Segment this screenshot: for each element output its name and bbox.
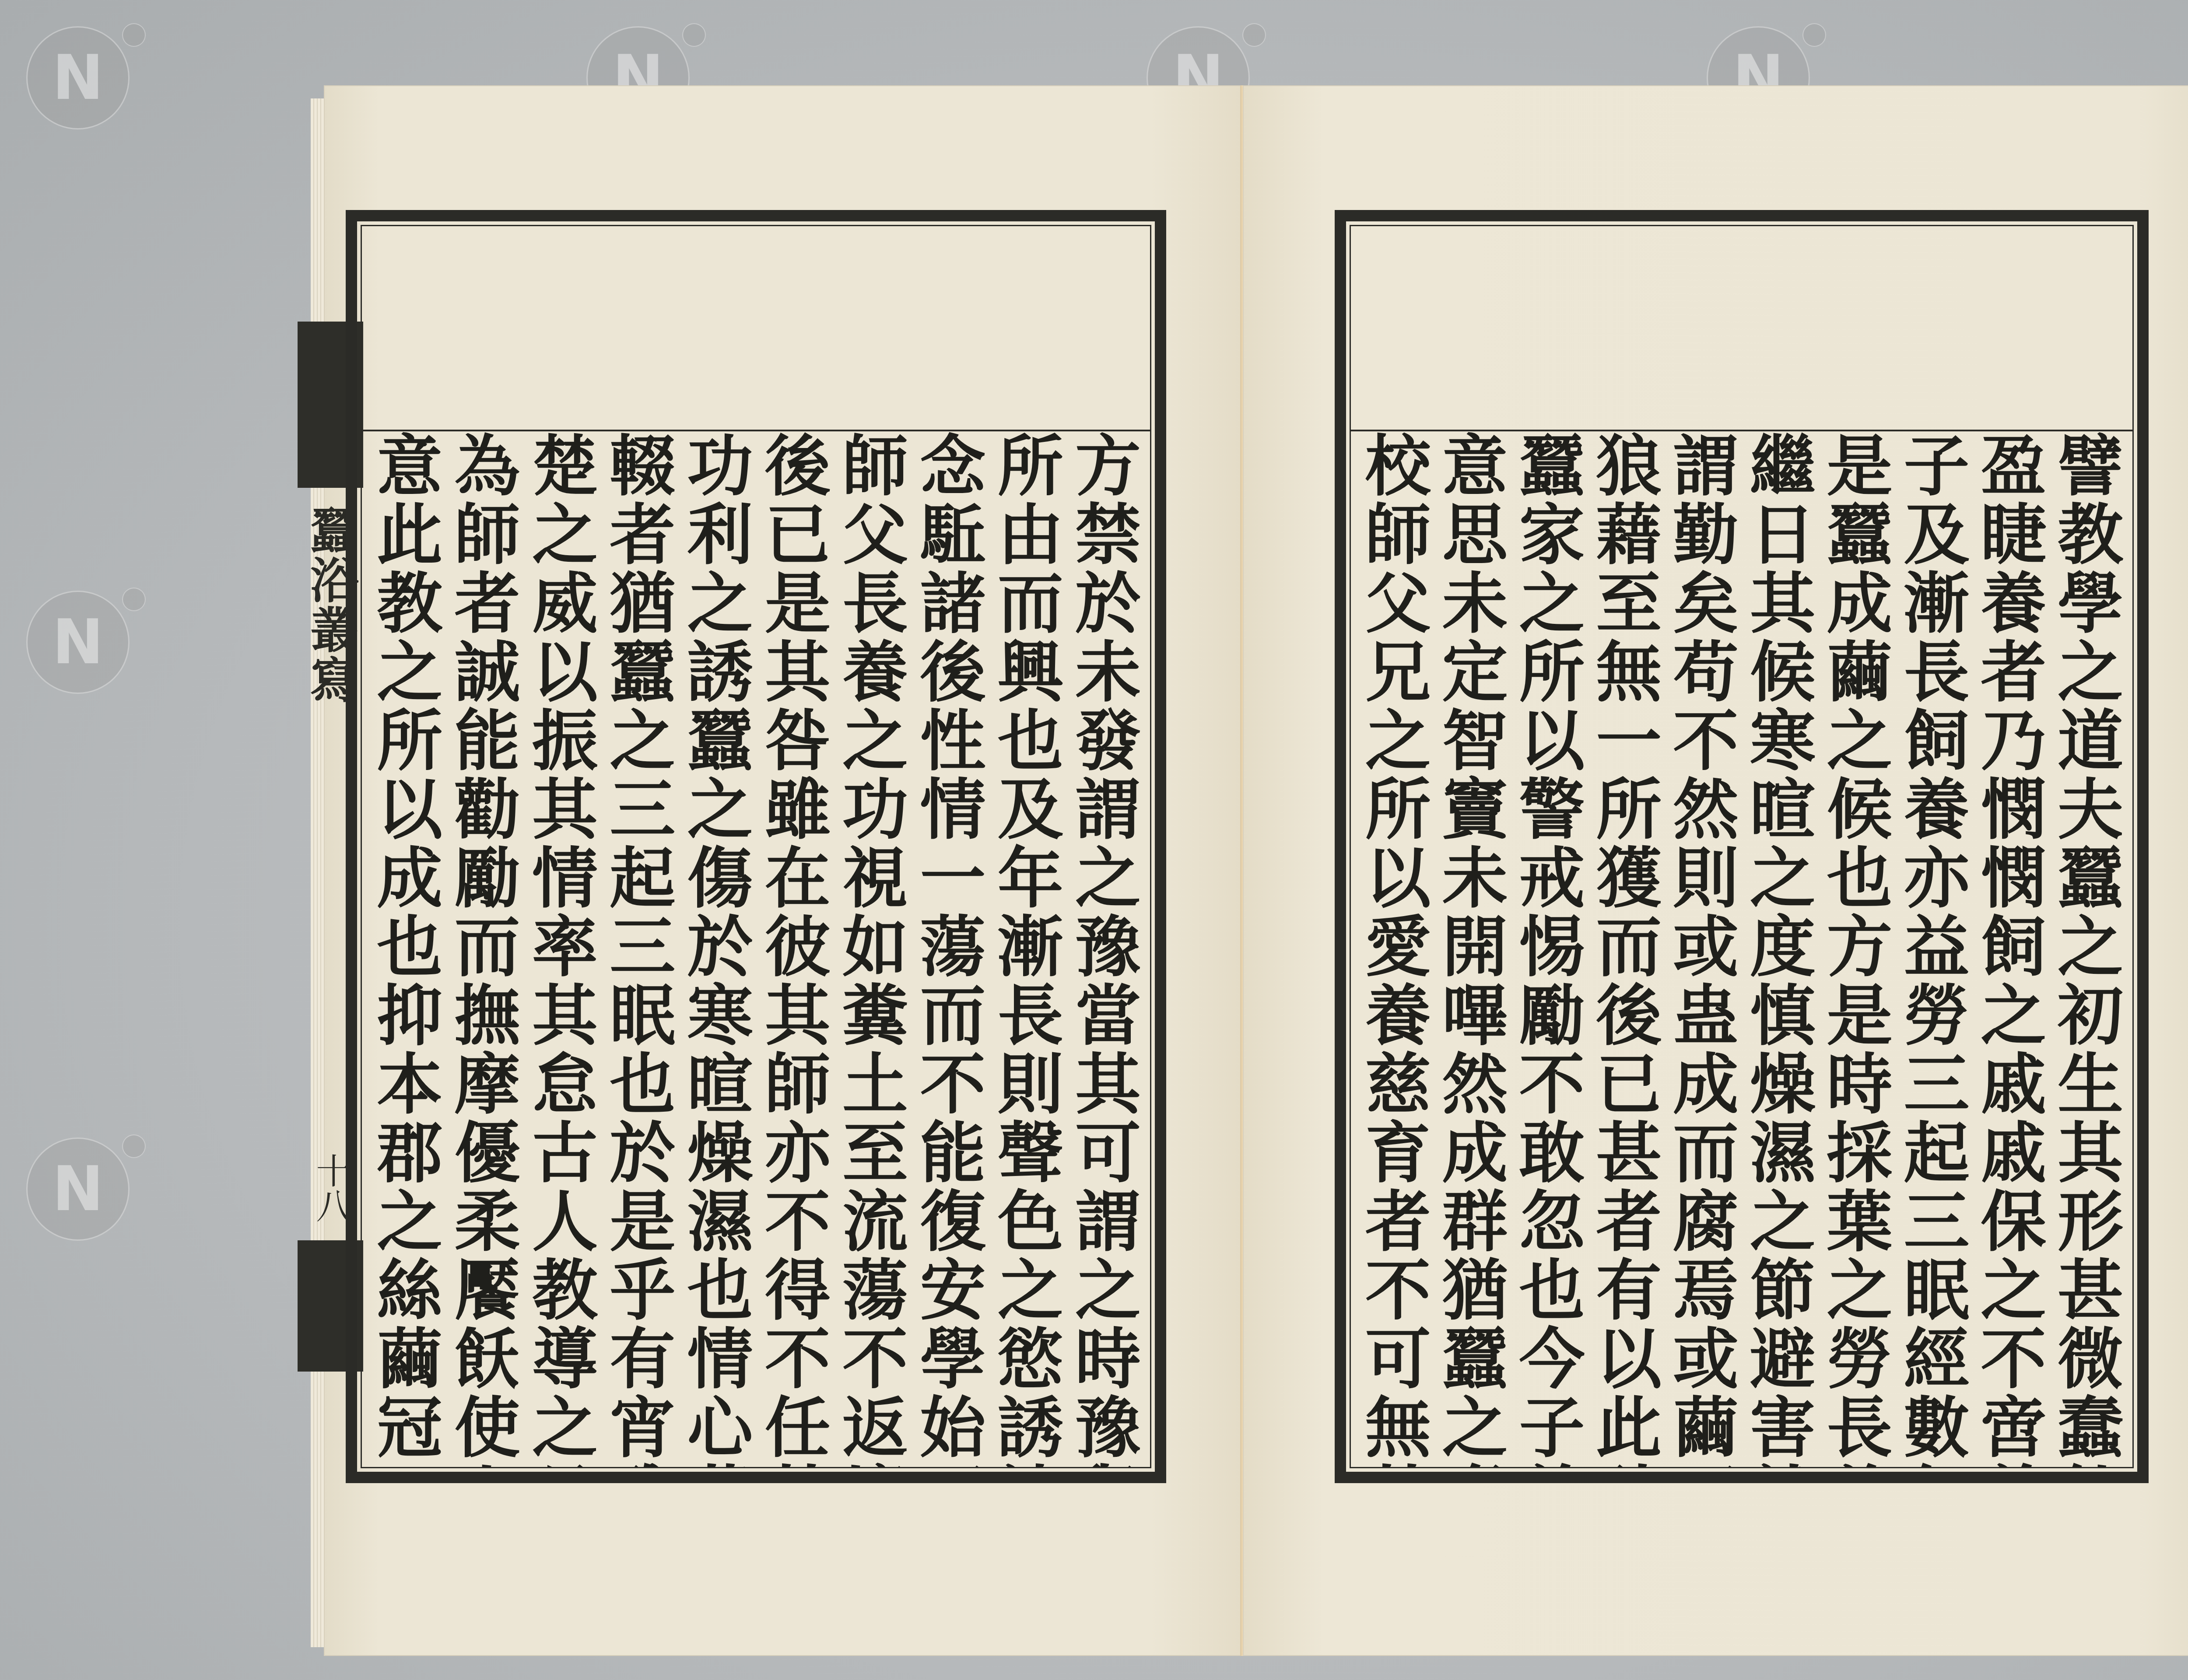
text-column: 後已是其咎雖在彼其師亦不得不任其責夫聲色: [756, 431, 833, 1467]
text-column: 念駈諸後性情一蕩而不能復安學始而怠終而廢: [911, 431, 989, 1467]
text-column: 方禁於未發謂之豫當其可謂之時豫與時此教之: [1066, 431, 1144, 1467]
frame-inner-rule: 方禁於未發謂之豫當其可謂之時豫與時此教之 所由而興也及年漸長則聲色之慾誘諸前功利…: [361, 225, 1151, 1468]
text-column: 師父長養之功視如糞土至流蕩不返壞家亡身而: [834, 431, 911, 1467]
watermark-logo-icon: N: [26, 26, 130, 129]
left-page: 蠶浴叢寫 十八 方禁於未發謂之豫當其可謂之時豫與時此教之 所由而興也及年漸長則聲…: [324, 85, 1243, 1656]
text-column: 蠶家之所以警戒惕勵不敢忽也今子弟之上學者: [1511, 431, 1588, 1467]
text-column: 是蠶成繭之候也方是時採葉之勞長養之苦夜以: [1819, 431, 1896, 1467]
text-column: 盈睫養者乃憫憫飼之戚戚保之不啻慈母之於赤: [1972, 431, 2049, 1467]
right-page-print-frame: 譬教學之道夫蠶之初生其形甚微蠢然蠕動若不 盈睫養者乃憫憫飼之戚戚保之不啻慈母之於…: [1335, 210, 2149, 1483]
watermark-logo-icon: N: [26, 1137, 130, 1241]
text-column: 狼藉至無一所獲而後已甚者有以此破產者此養: [1588, 431, 1665, 1467]
text-column: 意思未定智竇未開嗶然成群猶蠶之蠢然在箔則: [1434, 431, 1511, 1467]
open-book: 蠶浴叢寫 十八 方禁於未發謂之豫當其可謂之時豫與時此教之 所由而興也及年漸長則聲…: [324, 85, 2188, 1656]
text-column: 為師者誠能勸勵而撫摩優柔饜飫使人無倦怠之: [445, 431, 523, 1467]
text-column: 輟者猶蠶之三起三眠也於是乎有宵雅之誘有夏: [601, 431, 678, 1467]
text-column: 意此教之所以成也抑本郡之絲繭冠一縣其衣被: [368, 431, 445, 1467]
text-column: 楚之威以振其情率其怠古人教導之具何其備也: [523, 431, 601, 1467]
text-column: 譬教學之道夫蠶之初生其形甚微蠢然蠕動若不: [2049, 431, 2126, 1467]
header-blank-band: [362, 226, 1150, 431]
text-column: 子及漸長飼養亦益勞三起三眠經數旬以至吐絲: [1896, 431, 1973, 1467]
text-column: 繼日其候寒暄之度慎燥濕之節避害就利其事可: [1742, 431, 1819, 1467]
header-blank-band: [1351, 226, 2132, 431]
text-column: 謂勤矣苟不然則或蛊成而腐焉或繭而蛆焉臭腐: [1665, 431, 1742, 1467]
frame-inner-rule: 譬教學之道夫蠶之初生其形甚微蠢然蠕動若不 盈睫養者乃憫憫飼之戚戚保之不啻慈母之於…: [1350, 225, 2134, 1468]
text-column: 功利之誘蠶之傷於寒暄燥濕也情心萌動旋作旋: [678, 431, 756, 1467]
text-column: 所由而興也及年漸長則聲色之慾誘諸前功利之: [989, 431, 1066, 1467]
left-page-text: 方禁於未發謂之豫當其可謂之時豫與時此教之 所由而興也及年漸長則聲色之慾誘諸前功利…: [362, 431, 1150, 1467]
right-page: 譬教學之道夫蠶之初生其形甚微蠢然蠕動若不 盈睫養者乃憫憫飼之戚戚保之不啻慈母之於…: [1243, 85, 2188, 1656]
right-page-text: 譬教學之道夫蠶之初生其形甚微蠢然蠕動若不 盈睫養者乃憫憫飼之戚戚保之不啻慈母之於…: [1351, 431, 2132, 1467]
left-page-print-frame: 方禁於未發謂之豫當其可謂之時豫與時此教之 所由而興也及年漸長則聲色之慾誘諸前功利…: [346, 210, 1166, 1483]
watermark-logo-icon: N: [26, 591, 130, 694]
text-column: 校師父兄之所以愛養慈育者不可無其方教學之: [1357, 431, 1434, 1467]
